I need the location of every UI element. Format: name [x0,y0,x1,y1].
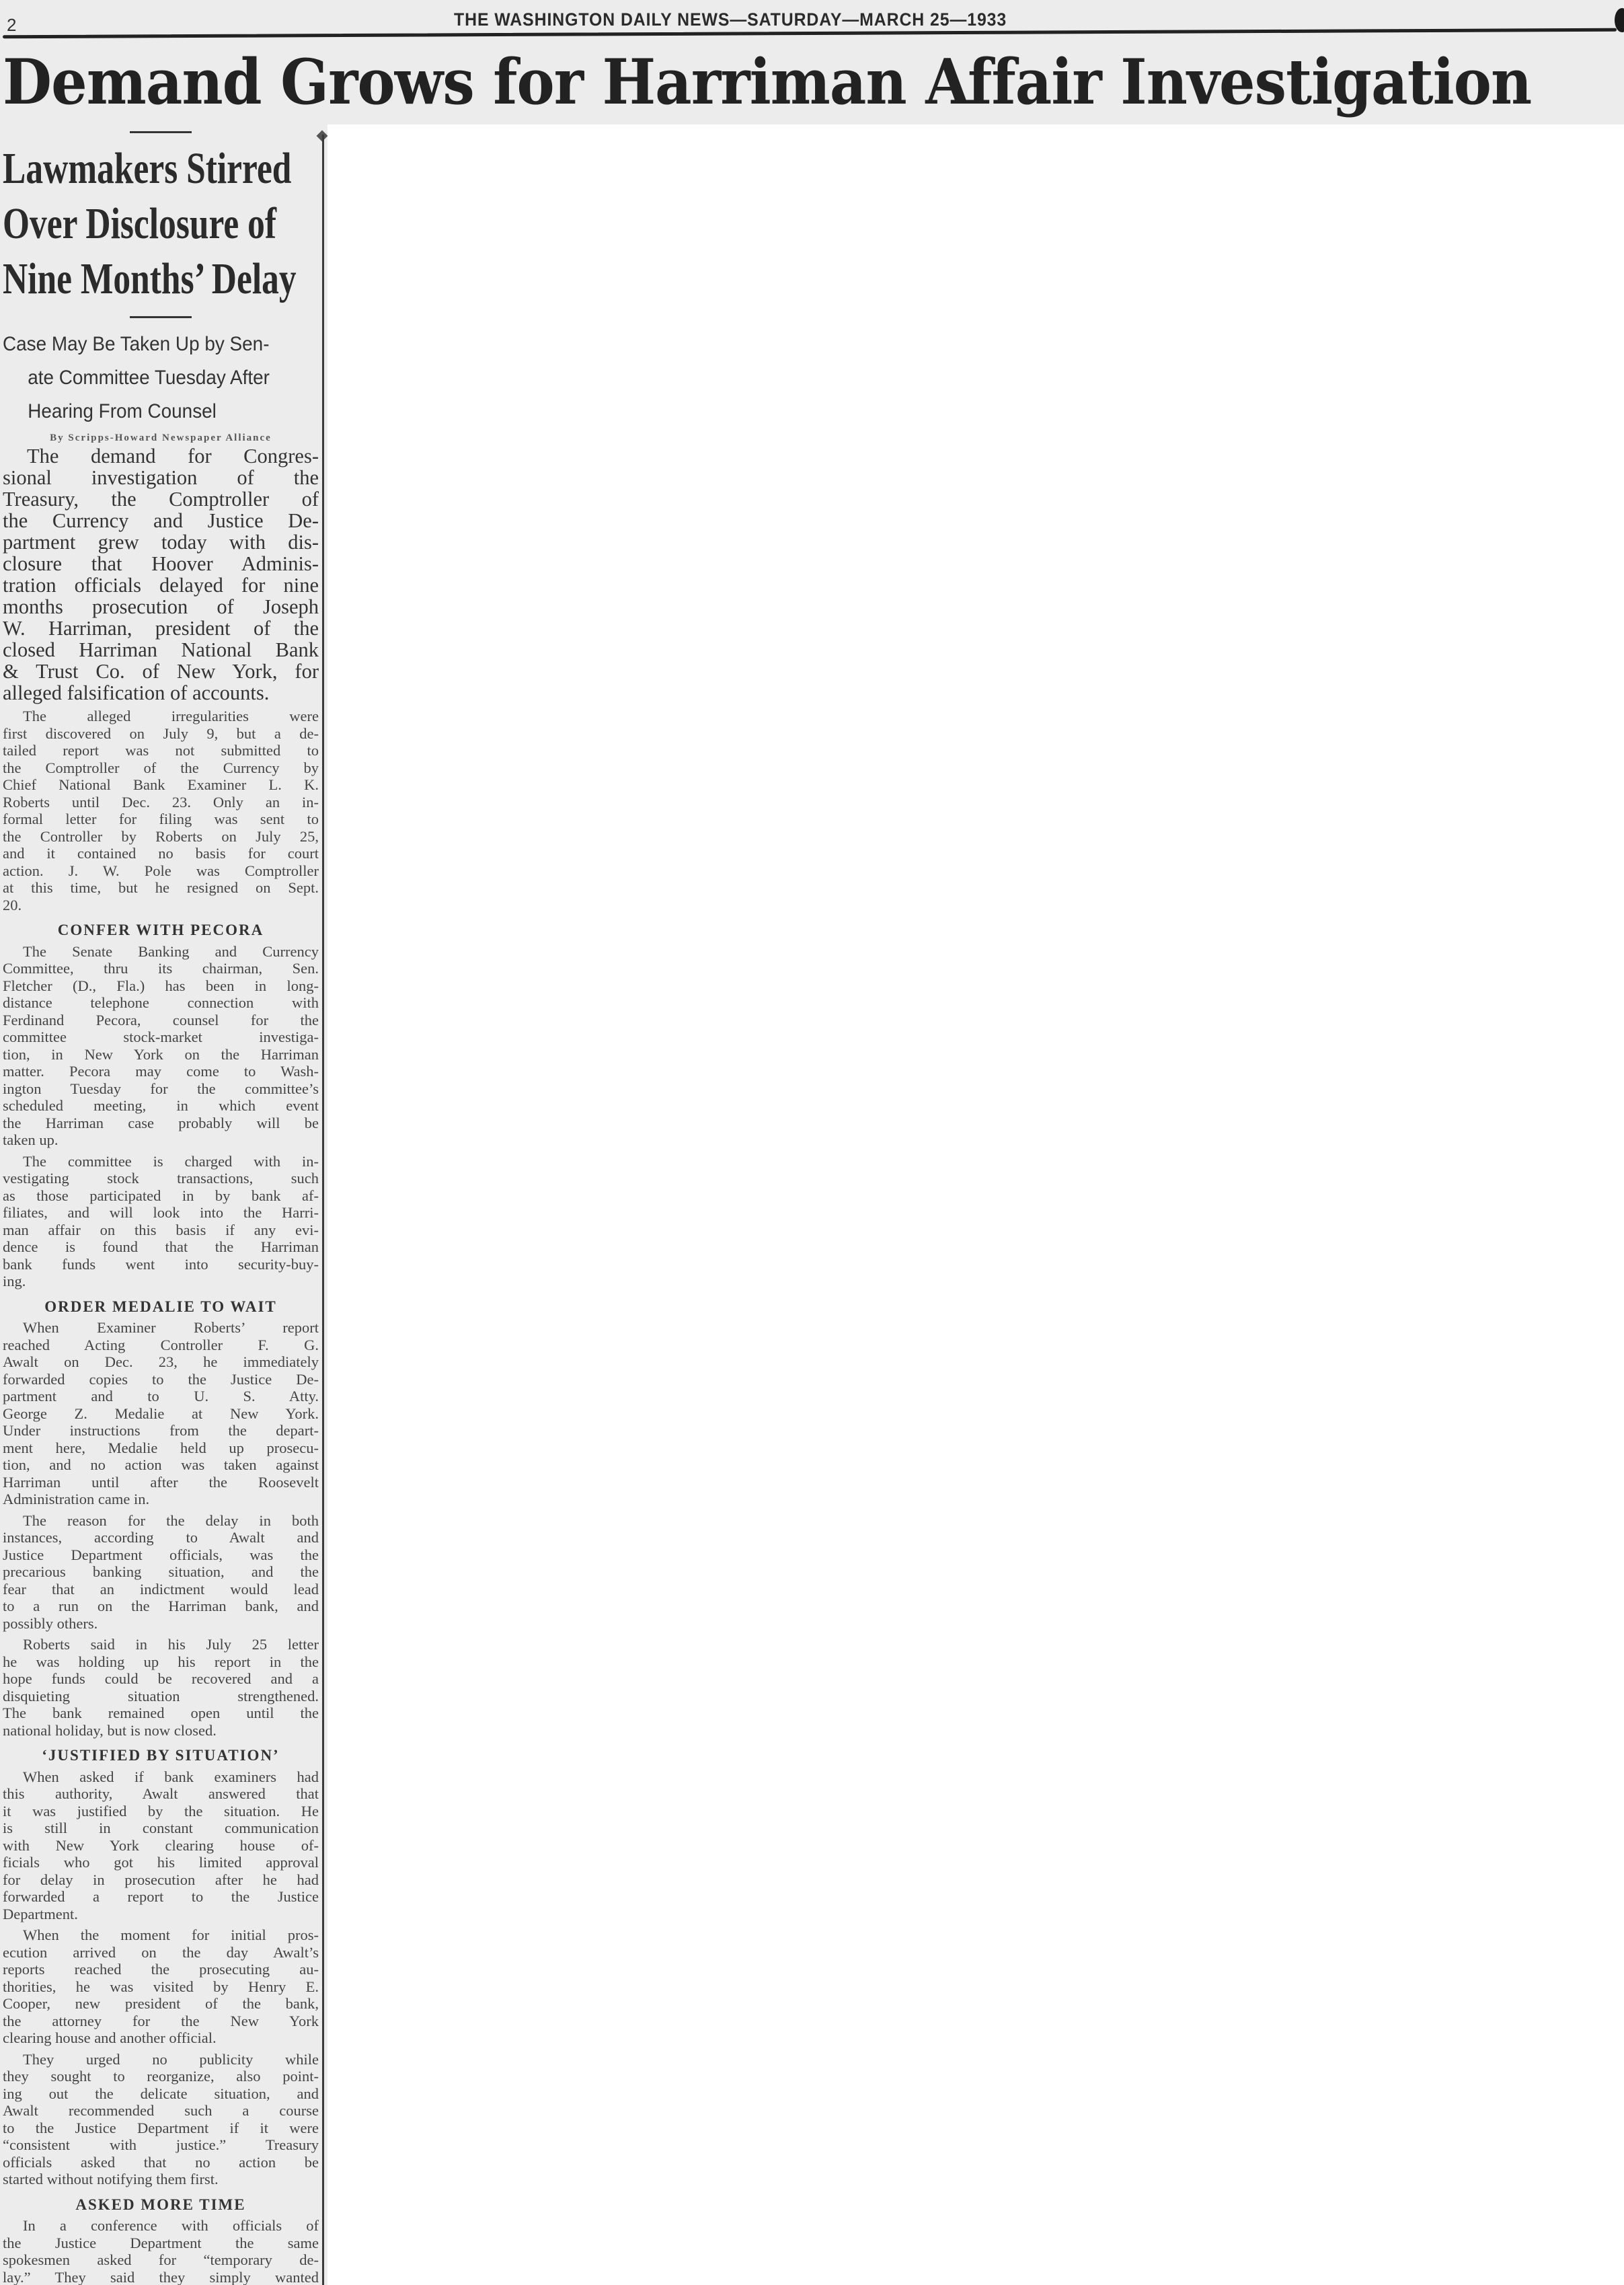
paragraph-line: precarious banking situation, and the [3,1563,319,1581]
paragraph: The reason for the delay in bothinstance… [3,1512,319,1633]
paragraph: The alleged irregularities werefirst dis… [3,708,319,913]
paragraph-line: lay.” They said they simply wanted [3,2269,319,2285]
lede-line: tration officials delayed for nine [3,574,319,596]
paragraph-line: bank funds went into security-buy- [3,1256,319,1273]
paragraph-line: ing. [3,1273,319,1290]
paragraph-line: Administration came in. [3,1491,319,1508]
paragraph-line: the Controller by Roberts on July 25, [3,828,319,846]
paragraph: When Examiner Roberts’ reportreached Act… [3,1319,319,1508]
paragraph: When asked if bank examiners hadthis aut… [3,1768,319,1923]
lede-line: closure that Hoover Adminis- [3,553,319,574]
paragraph-line: he was holding up his report in the [3,1653,319,1671]
paragraph-line: spokesmen asked for “temporary de- [3,2251,319,2269]
paragraph-line: instances, according to Awalt and [3,1529,319,1546]
paragraph-line: tailed report was not submitted to [3,742,319,759]
paragraph-line: as those participated in by bank af- [3,1187,319,1205]
paragraph-line: reached Acting Controller F. G. [3,1337,319,1354]
lede-line: The demand for Congres- [3,445,319,467]
section-subhead: CONFER WITH PECORA [3,922,319,939]
masthead-dateline: THE WASHINGTON DAILY NEWS—SATURDAY—MARCH… [454,9,1007,30]
lede-line: partment grew today with dis- [3,531,319,553]
paragraph: In a conference with officials ofthe Jus… [3,2217,319,2285]
paragraph-line: ecution arrived on the day Awalt’s [3,1944,319,1961]
paragraph-line: Cooper, new president of the bank, [3,1995,319,2013]
paragraph-line: possibly others. [3,1615,319,1633]
paragraph-line: When the moment for initial pros- [3,1926,319,1944]
subheadline-line: ate Committee Tuesday After [3,361,319,395]
paragraph-line: tion, in New York on the Harriman [3,1046,319,1063]
paragraph-line: matter. Pecora may come to Wash- [3,1063,319,1080]
section-subhead: ‘JUSTIFIED BY SITUATION’ [3,1747,319,1764]
headline-divider-top [130,131,192,133]
paragraph-line: dence is found that the Harriman [3,1238,319,1256]
paragraph-line: action. J. W. Pole was Comptroller [3,862,319,880]
paragraph-line: for delay in prosecution after he had [3,1871,319,1889]
subheadline-line: Case May Be Taken Up by Sen- [3,328,319,361]
section-subhead: ASKED MORE TIME [3,2196,319,2214]
byline: By Scripps-Howard Newspaper Alliance [3,433,319,444]
paragraph-line: they sought to reorganize, also point- [3,2068,319,2085]
paragraph-line: Committee, thru its chairman, Sen. [3,960,319,977]
paragraph-line: Roberts said in his July 25 letter [3,1636,319,1653]
paragraph-line: ment here, Medalie held up prosecu- [3,1439,319,1457]
paragraph-line: tion, and no action was taken against [3,1456,319,1474]
subheadline-line: Hearing From Counsel [3,395,319,428]
lede-line: Treasury, the Comptroller of [3,488,319,510]
paragraph-line: officials asked that no action be [3,2154,319,2171]
paragraph: The committee is charged with in-vestiga… [3,1153,319,1290]
banner-headline: Demand Grows for Harriman Affair Investi… [3,48,1531,116]
article-column: Lawmakers Stirred Over Disclosure of Nin… [3,131,319,2285]
lede-line: months prosecution of Joseph [3,596,319,617]
page-folio: 2 THE WASHINGTON DAILY NEWS—SATURDAY—MAR… [0,0,1624,40]
headline-line: Over Disclosure of [3,196,317,252]
paragraph-line: George Z. Medalie at New York. [3,1405,319,1423]
paragraph-line: Department. [3,1906,319,1923]
page-number: 2 [7,15,16,36]
lede-line: W. Harriman, president of the [3,617,319,639]
paragraph-line: disquieting situation strengthened. [3,1688,319,1705]
paragraph-line: is still in constant communication [3,1820,319,1837]
paragraph: They urged no publicity whilethey sought… [3,2051,319,2188]
article-headline: Lawmakers Stirred Over Disclosure of Nin… [3,141,317,307]
paragraph-line: distance telephone connection with [3,994,319,1012]
paragraph-line: Awalt recommended such a course [3,2102,319,2120]
article-subheadline: Case May Be Taken Up by Sen- ate Committ… [3,328,319,428]
paragraph-line: man affair on this basis if any evi- [3,1222,319,1239]
paragraph-line: 20. [3,897,319,914]
lede-line: alleged falsification of accounts. [3,682,319,704]
paragraph-line: ington Tuesday for the committee’s [3,1080,319,1098]
paragraph-line: clearing house and another official. [3,2029,319,2047]
paragraph: Roberts said in his July 25 letterhe was… [3,1636,319,1739]
paragraph: The Senate Banking and CurrencyCommittee… [3,943,319,1149]
paragraph-line: and it contained no basis for court [3,845,319,862]
paragraph-line: the Harriman case probably will be [3,1115,319,1132]
paragraph-line: filiates, and will look into the Harri- [3,1204,319,1222]
paragraph-line: the Comptroller of the Currency by [3,759,319,777]
paragraph-line: partment and to U. S. Atty. [3,1388,319,1405]
paragraph-line: it was justified by the situation. He [3,1803,319,1820]
paragraph-line: Under instructions from the depart- [3,1422,319,1439]
paragraph-line: ficials who got his limited approval [3,1854,319,1871]
paragraph-line: Fletcher (D., Fla.) has been in long- [3,977,319,995]
lede-line: closed Harriman National Bank [3,639,319,661]
paragraph-line: formal letter for filing was sent to [3,811,319,828]
paragraph-line: The committee is charged with in- [3,1153,319,1170]
paragraph-line: Ferdinand Pecora, counsel for the [3,1012,319,1029]
paragraph-line: Roberts until Dec. 23. Only an in- [3,794,319,811]
paragraph-line: “consistent with justice.” Treasury [3,2136,319,2154]
paragraph-line: fear that an indictment would lead [3,1581,319,1598]
paragraph-line: taken up. [3,1131,319,1149]
paragraph-line: The reason for the delay in both [3,1512,319,1530]
paragraph-line: national holiday, but is now closed. [3,1722,319,1739]
paragraph-line: with New York clearing house of- [3,1837,319,1855]
paragraph-line: forwarded a report to the Justice [3,1888,319,1906]
paragraph-line: the attorney for the New York [3,2013,319,2030]
article-body: The alleged irregularities werefirst dis… [3,708,319,2285]
paragraph-line: the Justice Department the same [3,2235,319,2252]
paragraph-line: Awalt on Dec. 23, he immediately [3,1353,319,1371]
paragraph-line: hope funds could be recovered and a [3,1670,319,1688]
paragraph-line: Chief National Bank Examiner L. K. [3,776,319,794]
article-lede: The demand for Congres-sional investigat… [3,445,319,704]
paragraph-line: to the Justice Department if it were [3,2120,319,2137]
paragraph-line: The Senate Banking and Currency [3,943,319,961]
paragraph-line: this authority, Awalt answered that [3,1785,319,1803]
paragraph-line: The alleged irregularities were [3,708,319,725]
lede-line: the Currency and Justice De- [3,510,319,531]
paragraph-line: started without notifying them first. [3,2171,319,2188]
paragraph-line: thorities, he was visited by Henry E. [3,1978,319,1996]
paragraph-line: reports reached the prosecuting au- [3,1961,319,1978]
paragraph-line: forwarded copies to the Justice De- [3,1371,319,1388]
paragraph-line: ing out the delicate situation, and [3,2085,319,2103]
lede-line: sional investigation of the [3,467,319,488]
paragraph-line: Harriman until after the Roosevelt [3,1474,319,1491]
paragraph-line: The bank remained open until the [3,1705,319,1722]
section-subhead: ORDER MEDALIE TO WAIT [3,1298,319,1316]
paragraph-line: When asked if bank examiners had [3,1768,319,1786]
paragraph-line: to a run on the Harriman bank, and [3,1598,319,1615]
paragraph-line: first discovered on July 9, but a de- [3,725,319,743]
headline-line: Nine Months’ Delay [3,252,317,307]
paragraph-line: vestigating stock transactions, such [3,1170,319,1187]
paragraph-line: Justice Department officials, was the [3,1546,319,1564]
paragraph-line: at this time, but he resigned on Sept. [3,879,319,897]
paragraph: When the moment for initial pros-ecution… [3,1926,319,2047]
headline-line: Lawmakers Stirred [3,141,317,196]
paragraph-line: When Examiner Roberts’ report [3,1319,319,1337]
column-rule [322,135,324,2285]
paragraph-line: They urged no publicity while [3,2051,319,2068]
paragraph-line: scheduled meeting, in which event [3,1097,319,1115]
lede-line: & Trust Co. of New York, for [3,661,319,682]
paragraph-line: committee stock-market investiga- [3,1028,319,1046]
paragraph-line: In a conference with officials of [3,2217,319,2235]
headline-divider-bottom [130,316,192,318]
